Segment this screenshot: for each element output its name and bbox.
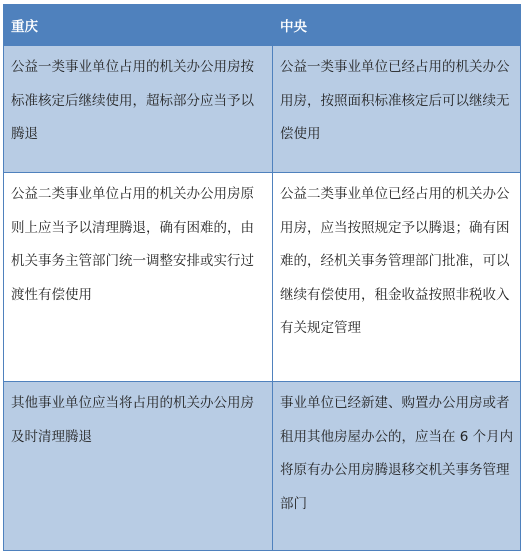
header-chongqing: 重庆 [4, 5, 273, 46]
table-row: 公益二类事业单位占用的机关办公用房原则上应当予以清理腾退，确有困难的，由机关事务… [4, 173, 521, 382]
table-row: 其他事业单位应当将占用的机关办公用房及时清理腾退 事业单位已经新建、购置办公用房… [4, 382, 521, 551]
cell-chongqing: 公益二类事业单位占用的机关办公用房原则上应当予以清理腾退，确有困难的，由机关事务… [4, 173, 273, 382]
cell-text: 公益二类事业单位占用的机关办公用房原则上应当予以清理腾退，确有困难的，由机关事务… [11, 173, 266, 312]
cell-text: 公益一类事业单位占用的机关办公用房按标准核定后继续使用，超标部分应当予以腾退 [11, 46, 266, 152]
cell-text: 事业单位已经新建、购置办公用房或者租用其他房屋办公的，应当在 6 个月内将原有办… [280, 382, 514, 521]
cell-chongqing: 公益一类事业单位占用的机关办公用房按标准核定后继续使用，超标部分应当予以腾退 [4, 46, 273, 173]
cell-text: 公益一类事业单位已经占用的机关办公用房，按照面积标准核定后可以继续无偿使用 [280, 46, 514, 152]
header-row: 重庆 中央 [4, 5, 521, 46]
header-central: 中央 [273, 5, 521, 46]
cell-central: 事业单位已经新建、购置办公用房或者租用其他房屋办公的，应当在 6 个月内将原有办… [273, 382, 521, 551]
cell-chongqing: 其他事业单位应当将占用的机关办公用房及时清理腾退 [4, 382, 273, 551]
cell-central: 公益二类事业单位已经占用的机关办公用房，应当按照规定予以腾退；确有困难的，经机关… [273, 173, 521, 382]
comparison-table: 重庆 中央 公益一类事业单位占用的机关办公用房按标准核定后继续使用，超标部分应当… [3, 4, 521, 551]
cell-text: 公益二类事业单位已经占用的机关办公用房，应当按照规定予以腾退；确有困难的，经机关… [280, 173, 514, 346]
table-row: 公益一类事业单位占用的机关办公用房按标准核定后继续使用，超标部分应当予以腾退 公… [4, 46, 521, 173]
cell-central: 公益一类事业单位已经占用的机关办公用房，按照面积标准核定后可以继续无偿使用 [273, 46, 521, 173]
cell-text: 其他事业单位应当将占用的机关办公用房及时清理腾退 [11, 382, 266, 454]
